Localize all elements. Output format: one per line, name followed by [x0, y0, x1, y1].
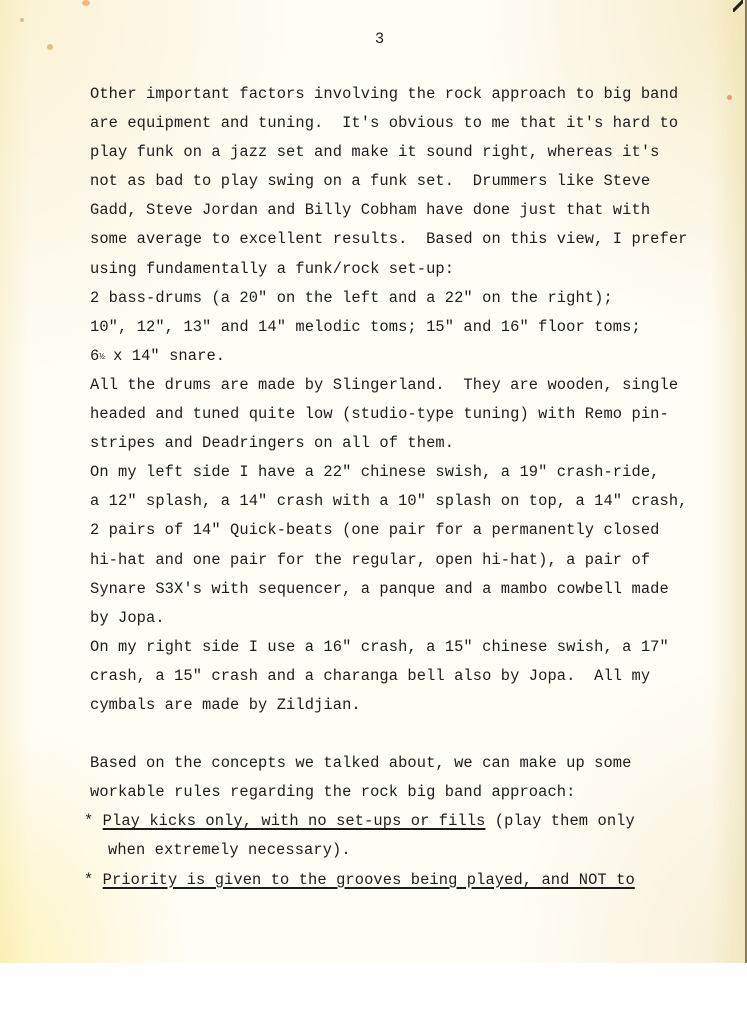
text-line: Synare S3X's with sequencer, a panque an…	[90, 575, 710, 604]
text-line: Other important factors involving the ro…	[90, 80, 710, 109]
paper-stain	[82, 0, 90, 6]
text-line: hi-hat and one pair for the regular, ope…	[90, 546, 710, 575]
snare-line-rest: x 14" snare.	[104, 347, 225, 365]
paragraph-equipment: Other important factors involving the ro…	[90, 80, 710, 342]
text-line: On my right side I use a 16" crash, a 15…	[90, 633, 710, 662]
text-line: play funk on a jazz set and make it soun…	[90, 138, 710, 167]
text-line: Based on the concepts we talked about, w…	[90, 749, 710, 778]
rule-text: (play them only	[485, 812, 634, 830]
page-number: 3	[0, 30, 747, 48]
staple-mark	[733, 0, 743, 12]
snare-line: 6½ x 14" snare.	[90, 342, 710, 371]
text-line: a 12" splash, a 14" crash with a 10" spl…	[90, 487, 710, 516]
paragraph-cymbals: All the drums are made by Slingerland. T…	[90, 371, 710, 720]
text-line: Gadd, Steve Jordan and Billy Cobham have…	[90, 196, 710, 225]
text-line: some average to excellent results. Based…	[90, 225, 710, 254]
rule-underlined-text: Priority is given to the grooves being p…	[103, 871, 635, 889]
text-line: are equipment and tuning. It's obvious t…	[90, 109, 710, 138]
text-line: workable rules regarding the rock big ba…	[90, 778, 710, 807]
text-line: 2 bass-drums (a 20" on the left and a 22…	[90, 284, 710, 313]
text-line: headed and tuned quite low (studio-type …	[90, 400, 710, 429]
text-line: not as bad to play swing on a funk set. …	[90, 167, 710, 196]
paragraph-rules-intro: Based on the concepts we talked about, w…	[90, 749, 710, 807]
snare-size-whole: 6	[90, 347, 99, 365]
rule-item: * Play kicks only, with no set-ups or fi…	[84, 807, 710, 836]
blank-line	[90, 720, 710, 749]
text-line: by Jopa.	[90, 604, 710, 633]
rule-bullet: *	[84, 812, 103, 830]
rule-continuation: when extremely necessary).	[90, 836, 710, 865]
text-line: All the drums are made by Slingerland. T…	[90, 371, 710, 400]
rule-bullet: *	[84, 871, 103, 889]
text-line: 2 pairs of 14" Quick-beats (one pair for…	[90, 516, 710, 545]
text-line: stripes and Deadringers on all of them.	[90, 429, 710, 458]
rule-item: * Priority is given to the grooves being…	[84, 866, 710, 895]
text-line: using fundamentally a funk/rock set-up:	[90, 255, 710, 284]
rules-list: * Play kicks only, with no set-ups or fi…	[90, 807, 710, 894]
document-body: Other important factors involving the ro…	[90, 80, 710, 895]
typewritten-page: 3 Other important factors involving the …	[0, 0, 747, 963]
text-line: 10", 12", 13" and 14" melodic toms; 15" …	[90, 313, 710, 342]
text-line: cymbals are made by Zildjian.	[90, 691, 710, 720]
rule-underlined-text: Play kicks only, with no set-ups or fill…	[103, 812, 486, 830]
text-line: crash, a 15" crash and a charanga bell a…	[90, 662, 710, 691]
paper-stain	[727, 95, 732, 100]
paper-stain	[20, 18, 24, 22]
text-line: On my left side I have a 22" chinese swi…	[90, 458, 710, 487]
